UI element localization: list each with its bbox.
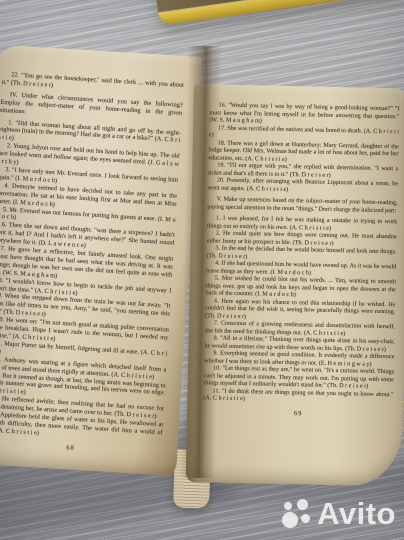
- section-heading: V. Make up sentences based on the subjec…: [207, 196, 397, 215]
- listing-photo: 22. "You go see the housekeeper," said t…: [0, 0, 404, 540]
- exercise-paragraph: 5. Mor wished he could blot out his word…: [206, 275, 396, 301]
- avito-logo-icon: [282, 499, 312, 529]
- left-page: 22. "You go see the housekeeper," said t…: [0, 44, 202, 476]
- exercise-paragraph: 20. Presently, after arranging with Beat…: [208, 177, 398, 196]
- right-page-text: 16. "Would you say I was by way of being…: [187, 84, 404, 419]
- exercise-paragraph: 16. "Would you say I was by way of being…: [209, 102, 399, 128]
- avito-wordmark: Avito: [317, 496, 396, 532]
- avito-watermark: Avito: [282, 496, 396, 532]
- page-number-right: 69: [203, 408, 393, 419]
- left-page-text: 22. "You go see the housekeeper," said t…: [0, 44, 202, 459]
- right-page: 16. "Would you say I was by way of being…: [186, 84, 404, 486]
- exercise-paragraph: 10. "Let things rest as they are," he we…: [204, 365, 394, 391]
